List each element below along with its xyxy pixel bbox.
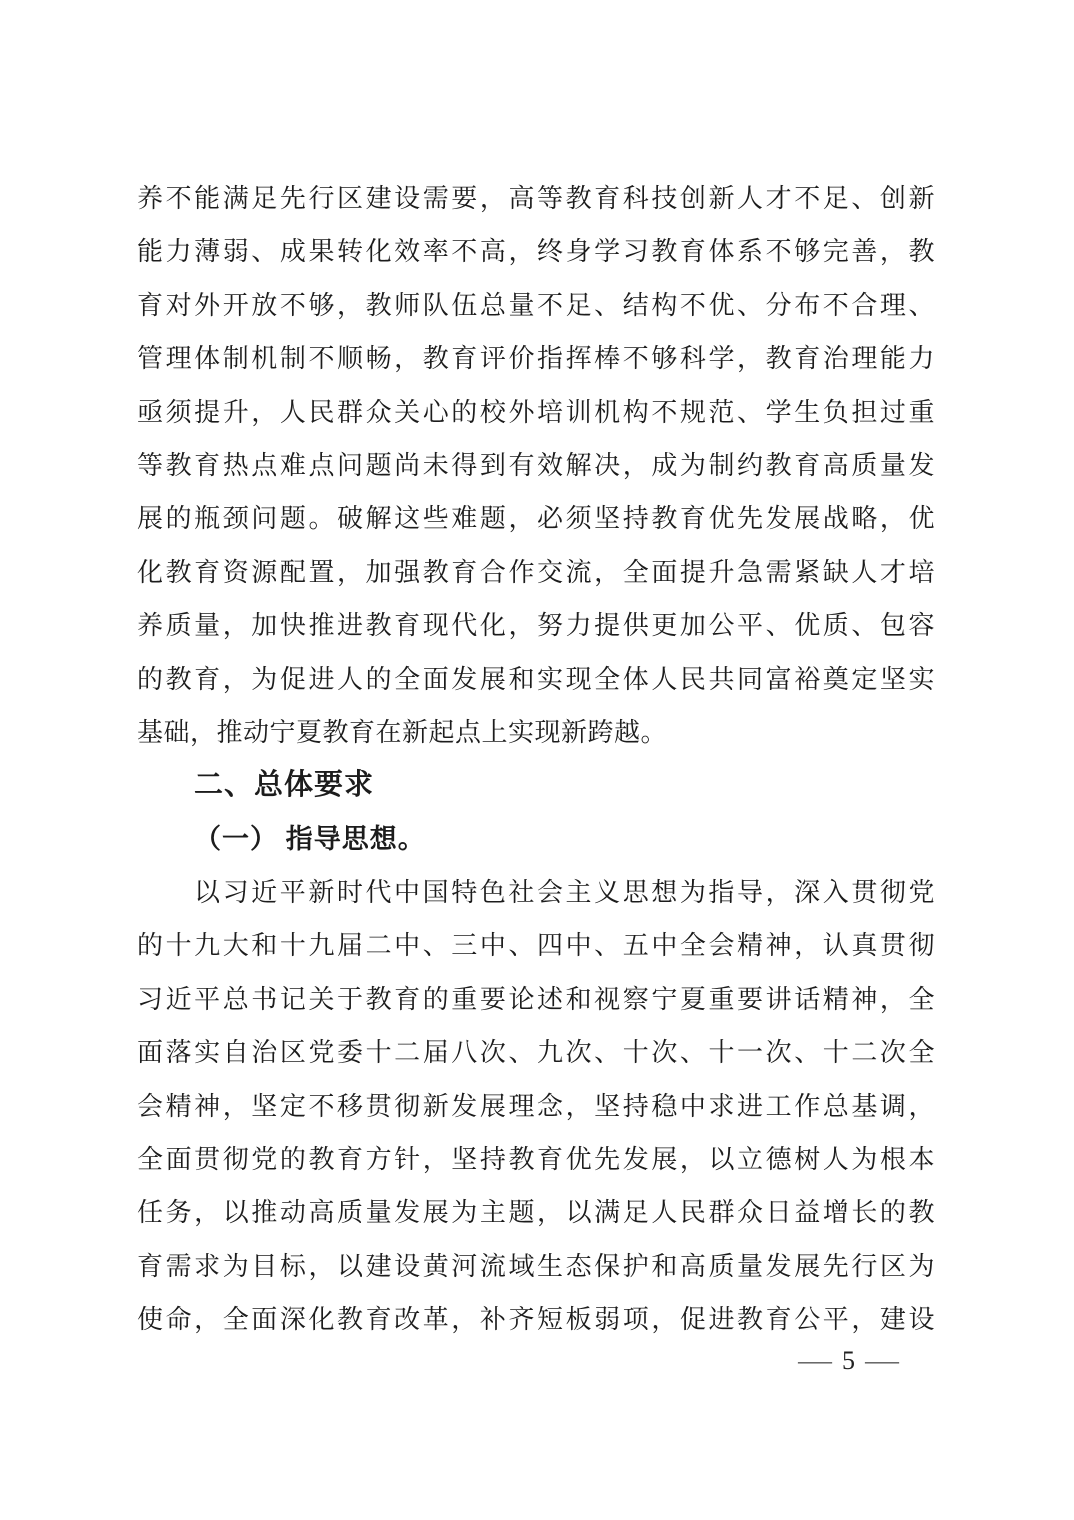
- body-line: 育需求为目标，以建设黄河流域生态保护和高质量发展先行区为: [137, 1240, 935, 1293]
- body-line: 任务，以推动高质量发展为主题，以满足人民群众日益增长的教: [137, 1186, 935, 1239]
- body-line: 化教育资源配置，加强教育合作交流，全面提升急需紧缺人才培: [137, 546, 935, 599]
- body-line: 养不能满足先行区建设需要，高等教育科技创新人才不足、创新: [137, 172, 935, 225]
- page-footer: —5—: [137, 1346, 909, 1376]
- document-body: 养不能满足先行区建设需要，高等教育科技创新人才不足、创新 能力薄弱、成果转化效率…: [137, 172, 935, 1347]
- body-line: 习近平总书记关于教育的重要论述和视察宁夏重要讲话精神，全: [137, 973, 935, 1026]
- body-line: 的十九大和十九届二中、三中、四中、五中全会精神，认真贯彻: [137, 919, 935, 972]
- body-line: 使命，全面深化教育改革，补齐短板弱项，促进教育公平，建设: [137, 1293, 935, 1346]
- body-line: 全面贯彻党的教育方针，坚持教育优先发展，以立德树人为根本: [137, 1133, 935, 1186]
- subsection-heading: （一） 指导思想。: [137, 813, 935, 866]
- body-line: 养质量，加快推进教育现代化，努力提供更加公平、优质、包容: [137, 599, 935, 652]
- body-line: 等教育热点难点问题尚未得到有效解决，成为制约教育高质量发: [137, 439, 935, 492]
- document-page: 养不能满足先行区建设需要，高等教育科技创新人才不足、创新 能力薄弱、成果转化效率…: [0, 0, 1074, 1520]
- page-number-right-dash: —: [865, 1346, 899, 1376]
- page-number-left-dash: —: [798, 1346, 832, 1376]
- body-line: 管理体制机制不顺畅，教育评价指挥棒不够科学，教育治理能力: [137, 332, 935, 385]
- body-line-paragraph-end: 基础，推动宁夏教育在新起点上实现新跨越。: [137, 706, 935, 759]
- body-line: 亟须提升，人民群众关心的校外培训机构不规范、学生负担过重: [137, 386, 935, 439]
- body-line: 的教育，为促进人的全面发展和实现全体人民共同富裕奠定坚实: [137, 653, 935, 706]
- section-heading: 二、总体要求: [137, 759, 935, 812]
- body-line: 展的瓶颈问题。破解这些难题，必须坚持教育优先发展战略，优: [137, 492, 935, 545]
- body-line: 面落实自治区党委十二届八次、九次、十次、十一次、十二次全: [137, 1026, 935, 1079]
- page-number: 5: [842, 1346, 855, 1376]
- body-line-paragraph-start: 以习近平新时代中国特色社会主义思想为指导，深入贯彻党: [137, 866, 935, 919]
- body-line: 会精神，坚定不移贯彻新发展理念，坚持稳中求进工作总基调，: [137, 1080, 935, 1133]
- body-line: 育对外开放不够，教师队伍总量不足、结构不优、分布不合理、: [137, 279, 935, 332]
- body-line: 能力薄弱、成果转化效率不高，终身学习教育体系不够完善，教: [137, 225, 935, 278]
